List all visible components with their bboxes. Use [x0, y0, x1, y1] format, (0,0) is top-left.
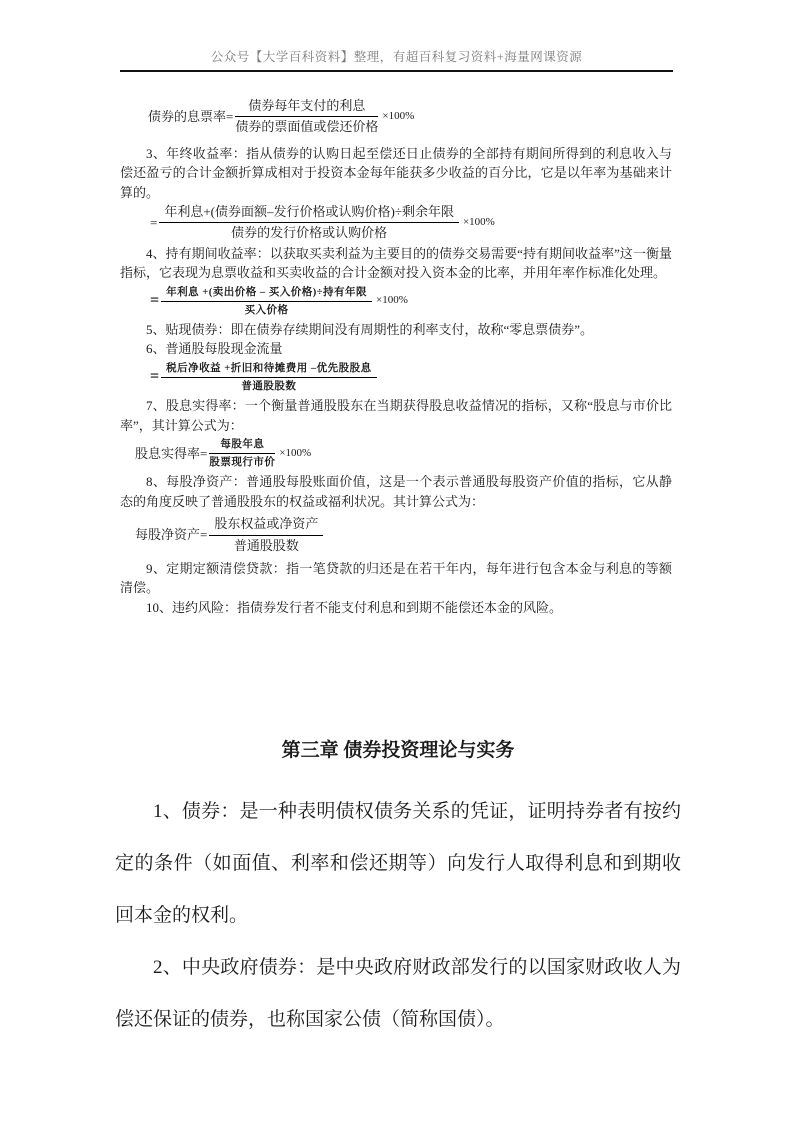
fraction-denominator: 买入价格 — [161, 302, 372, 317]
fraction-numerator: 股东权益或净资产 — [209, 516, 323, 535]
fraction-numerator: 债券每年支付的利息 — [235, 98, 378, 117]
formula-cash-flow-lhs: = — [150, 367, 159, 387]
formula-holding-yield-lhs: = — [150, 291, 159, 311]
formula-annual-yield: = 年利息+(债券面额–发行价格或认购价格)÷剩余年限 债券的发行价格或认购价格… — [150, 204, 672, 242]
fraction-numerator: 年利息 +(卖出价格 – 买入价格)÷持有年限 — [161, 286, 372, 302]
header-divider — [120, 70, 673, 72]
document-page: 公众号【大学百科资料】整理，有超百科复习资料+海量网课资源 债券的息票率= 债券… — [0, 0, 793, 1122]
formula-coupon-rate-lhs: 债券的息票率= — [148, 109, 233, 125]
formula-coupon-rate-suffix: ×100% — [382, 110, 414, 124]
note-item-5: 5、贴现债券：即在债券存续期间没有周期性的利率支付，故称“零息票债券”。 — [120, 320, 672, 340]
formula-coupon-rate: 债券的息票率= 债券每年支付的利息 债券的票面值或偿还价格 ×100% — [148, 98, 672, 136]
formula-dividend-yield-fraction: 每股年息 股票现行市价 — [209, 438, 275, 469]
formula-net-assets-lhs: 每股净资产= — [135, 527, 207, 543]
formula-holding-yield-suffix: ×100% — [376, 294, 408, 308]
formula-cash-flow-fraction: 税后净收益 +折旧和待摊费用 –优先股股息 普通股股数 — [161, 362, 376, 393]
formula-dividend-yield: 股息实得率= 每股年息 股票现行市价 ×100% — [135, 438, 672, 469]
fraction-denominator: 股票现行市价 — [209, 454, 275, 469]
header-note: 公众号【大学百科资料】整理，有超百科复习资料+海量网课资源 — [0, 47, 793, 65]
formula-cash-flow: = 税后净收益 +折旧和待摊费用 –优先股股息 普通股股数 — [150, 362, 672, 393]
fraction-denominator: 债券的票面值或偿还价格 — [235, 117, 378, 135]
formula-net-assets-fraction: 股东权益或净资产 普通股股数 — [209, 516, 323, 554]
note-item-4: 4、持有期间收益率：以获取买卖利益为主要目的的债券交易需要“持有期间收益率”这一… — [120, 244, 672, 283]
formula-holding-yield: = 年利息 +(卖出价格 – 买入价格)÷持有年限 买入价格 ×100% — [150, 286, 672, 317]
formula-dividend-yield-lhs: 股息实得率= — [135, 446, 207, 462]
fraction-denominator: 普通股股数 — [161, 378, 376, 393]
fraction-denominator: 债券的发行价格或认购价格 — [159, 223, 459, 241]
note-item-3: 3、年终收益率：指从债券的认购日起至偿还日止债券的全部持有期间所得到的利息收入与… — [120, 144, 672, 203]
formula-annual-yield-fraction: 年利息+(债券面额–发行价格或认购价格)÷剩余年限 债券的发行价格或认购价格 — [159, 204, 459, 242]
fraction-numerator: 税后净收益 +折旧和待摊费用 –优先股股息 — [161, 362, 376, 378]
fraction-numerator: 年利息+(债券面额–发行价格或认购价格)÷剩余年限 — [159, 204, 459, 223]
note-item-7: 7、股息实得率：一个衡量普通股股东在当期获得股息收益情况的指标，又称“股息与市价… — [120, 396, 672, 435]
formula-annual-yield-lhs: = — [150, 215, 157, 231]
note-item-8: 8、每股净资产：普通股每股账面价值，这是一个表示普通股每股资产价值的指标，它从静… — [120, 472, 672, 511]
formula-holding-yield-fraction: 年利息 +(卖出价格 – 买入价格)÷持有年限 买入价格 — [161, 286, 372, 317]
chapter3-item-2: 2、中央政府债券：是中央政府财政部发行的以国家财政收人为偿还保证的债券，也称国家… — [115, 942, 681, 1046]
note-item-10: 10、违约风险：指债券发行者不能支付利息和到期不能偿还本金的风险。 — [120, 598, 672, 618]
fraction-numerator: 每股年息 — [209, 438, 275, 454]
note-item-9: 9、定期定额清偿贷款：指一笔贷款的归还是在若干年内，每年进行包含本金与利息的等额… — [120, 559, 672, 598]
chapter3-title: 第三章 债券投资理论与实务 — [115, 735, 681, 762]
formula-dividend-yield-suffix: ×100% — [279, 447, 311, 461]
formula-coupon-rate-fraction: 债券每年支付的利息 债券的票面值或偿还价格 — [235, 98, 378, 136]
notes-section: 债券的息票率= 债券每年支付的利息 债券的票面值或偿还价格 ×100% 3、年终… — [120, 98, 672, 617]
chapter3-item-1: 1、债券：是一种表明债权债务关系的凭证，证明持券者有按约定的条件（如面值、利率和… — [115, 786, 681, 942]
formula-net-assets: 每股净资产= 股东权益或净资产 普通股股数 — [135, 516, 672, 554]
fraction-denominator: 普通股股数 — [209, 536, 323, 554]
chapter3-section: 第三章 债券投资理论与实务 1、债券：是一种表明债权债务关系的凭证，证明持券者有… — [115, 735, 681, 1046]
note-item-6: 6、普通股每股现金流量 — [120, 339, 672, 359]
formula-annual-yield-suffix: ×100% — [463, 216, 495, 230]
